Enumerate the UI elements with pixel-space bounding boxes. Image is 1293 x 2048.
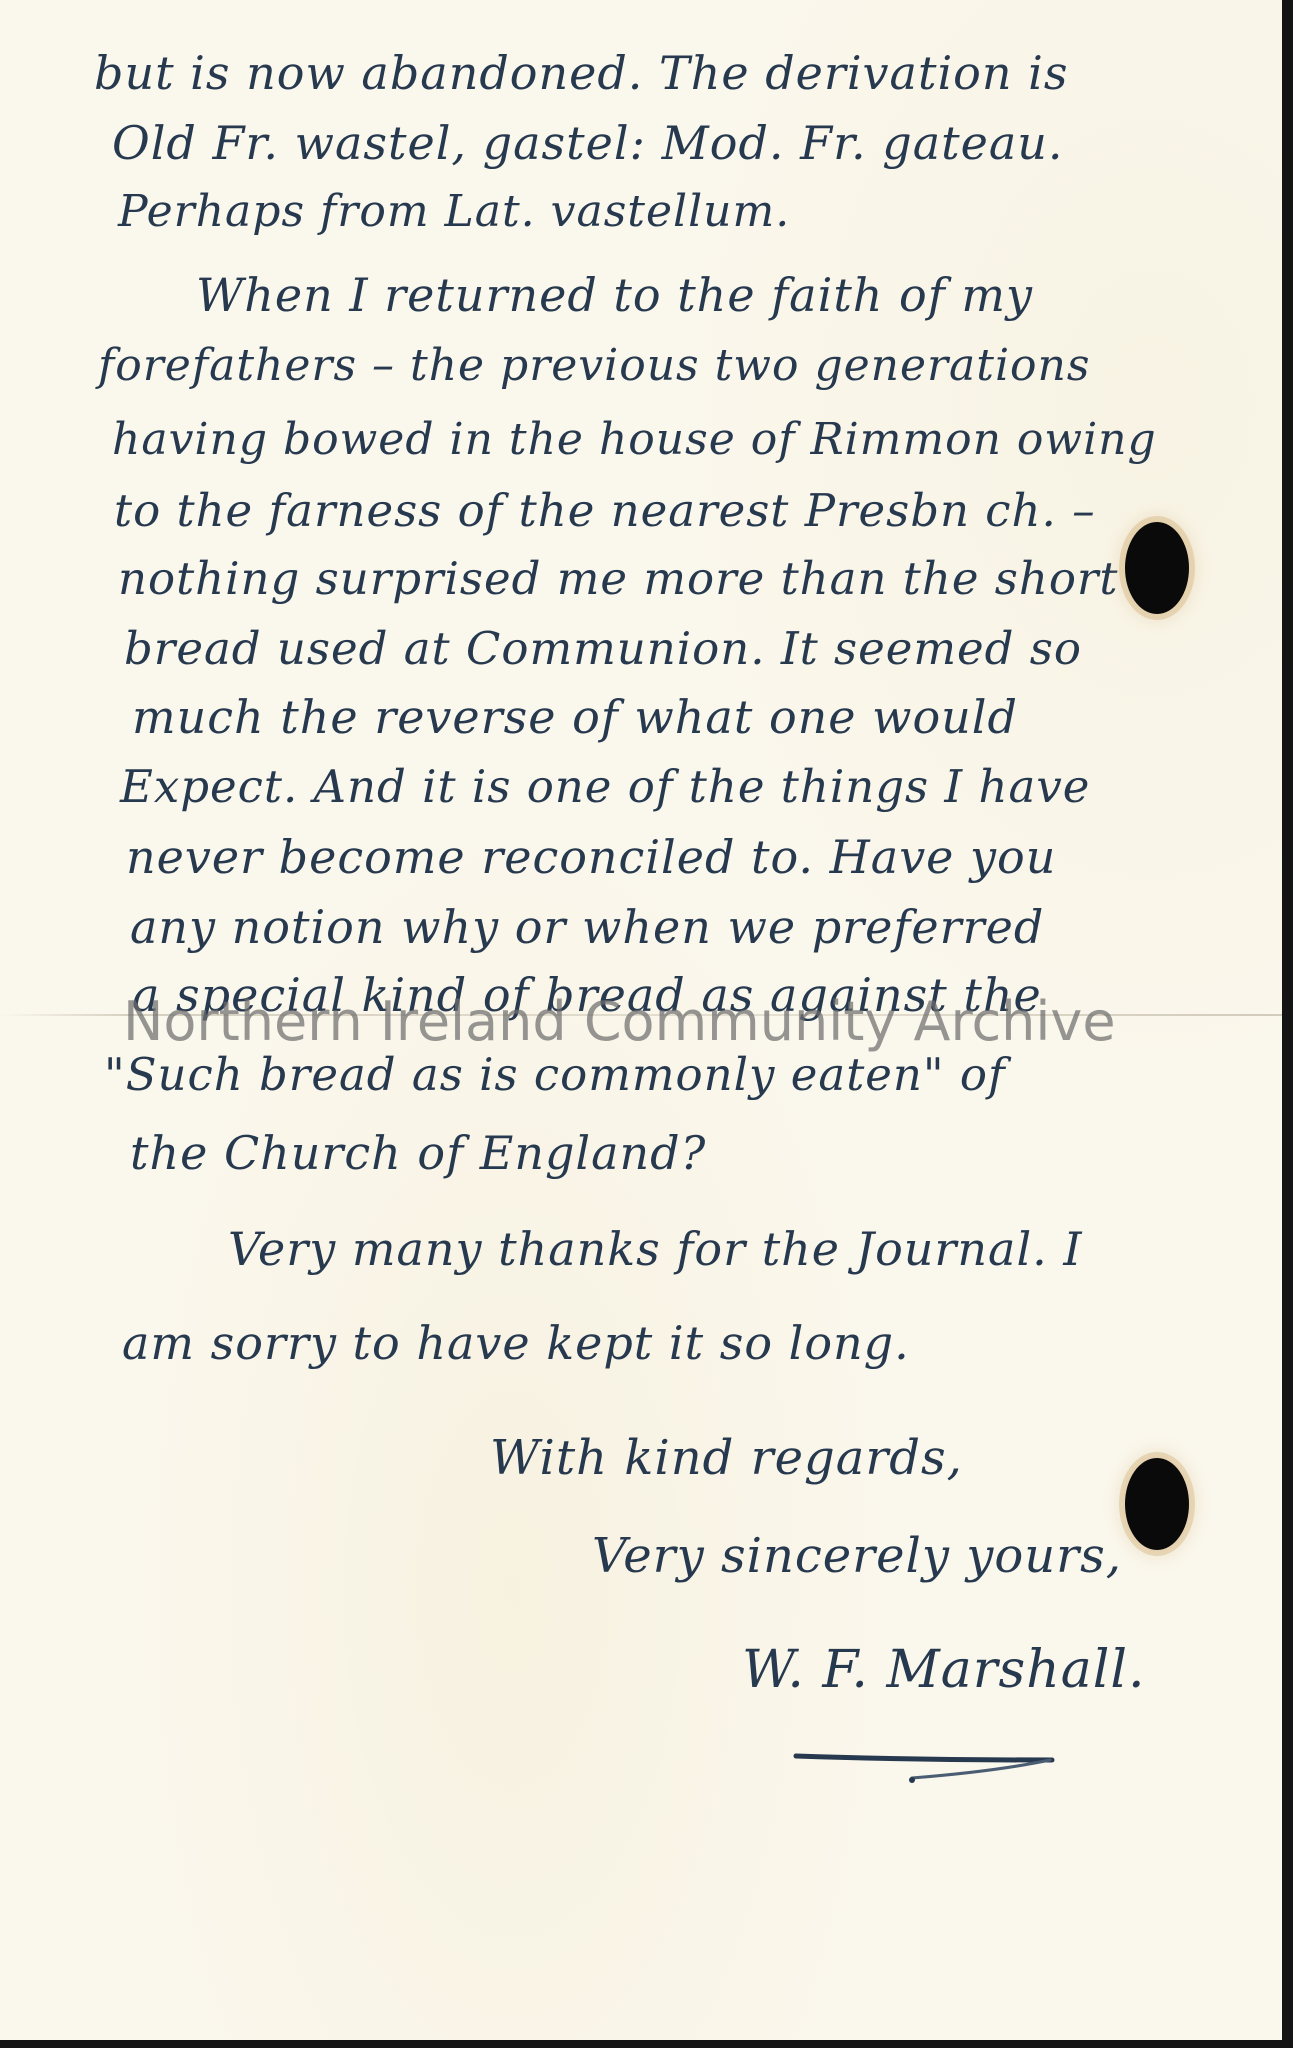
letter-line-6: having bowed in the house of Rimmon owin… xyxy=(112,418,1157,462)
letter-line-8: nothing surprised me more than the short xyxy=(118,556,1119,601)
closing-regards: With kind regards, xyxy=(490,1434,963,1482)
letter-line-16: the Church of England? xyxy=(130,1130,706,1176)
archive-watermark: Northern Ireland Community Archive xyxy=(123,990,1116,1053)
punch-hole-top xyxy=(1125,522,1189,614)
letter-line-10: much the reverse of what one would xyxy=(132,694,1018,740)
letter-line-15: "Such bread as is commonly eaten" of xyxy=(104,1052,1006,1097)
closing-sincerely: Very sincerely yours, xyxy=(592,1532,1122,1580)
letter-line-1: but is now abandoned. The derivation is xyxy=(94,50,1068,96)
scan-edge-right xyxy=(1282,0,1293,2048)
letter-line-12: never become reconciled to. Have you xyxy=(126,834,1056,880)
letter-line-2: Old Fr. wastel, gastel: Mod. Fr. gateau. xyxy=(112,120,1064,166)
letter-line-9: bread used at Communion. It seemed so xyxy=(124,626,1082,671)
scan-edge-bottom xyxy=(0,2040,1293,2048)
letter-line-18: am sorry to have kept it so long. xyxy=(122,1320,910,1366)
signature: W. F. Marshall. xyxy=(742,1644,1146,1696)
letter-line-4: When I returned to the faith of my xyxy=(196,272,1033,318)
signature-flourish-icon xyxy=(792,1750,1062,1800)
letter-line-13: any notion why or when we preferred xyxy=(130,904,1044,950)
letter-line-11: Expect. And it is one of the things I ha… xyxy=(120,764,1090,809)
letter-line-7: to the farness of the nearest Presbn ch.… xyxy=(114,488,1096,533)
letter-line-3: Perhaps from Lat. vastellum. xyxy=(118,190,790,234)
letter-page: but is now abandoned. The derivation is … xyxy=(0,0,1282,2040)
punch-hole-bottom xyxy=(1125,1458,1189,1550)
letter-line-17: Very many thanks for the Journal. I xyxy=(228,1226,1083,1272)
letter-line-5: forefathers – the previous two generatio… xyxy=(98,344,1090,388)
